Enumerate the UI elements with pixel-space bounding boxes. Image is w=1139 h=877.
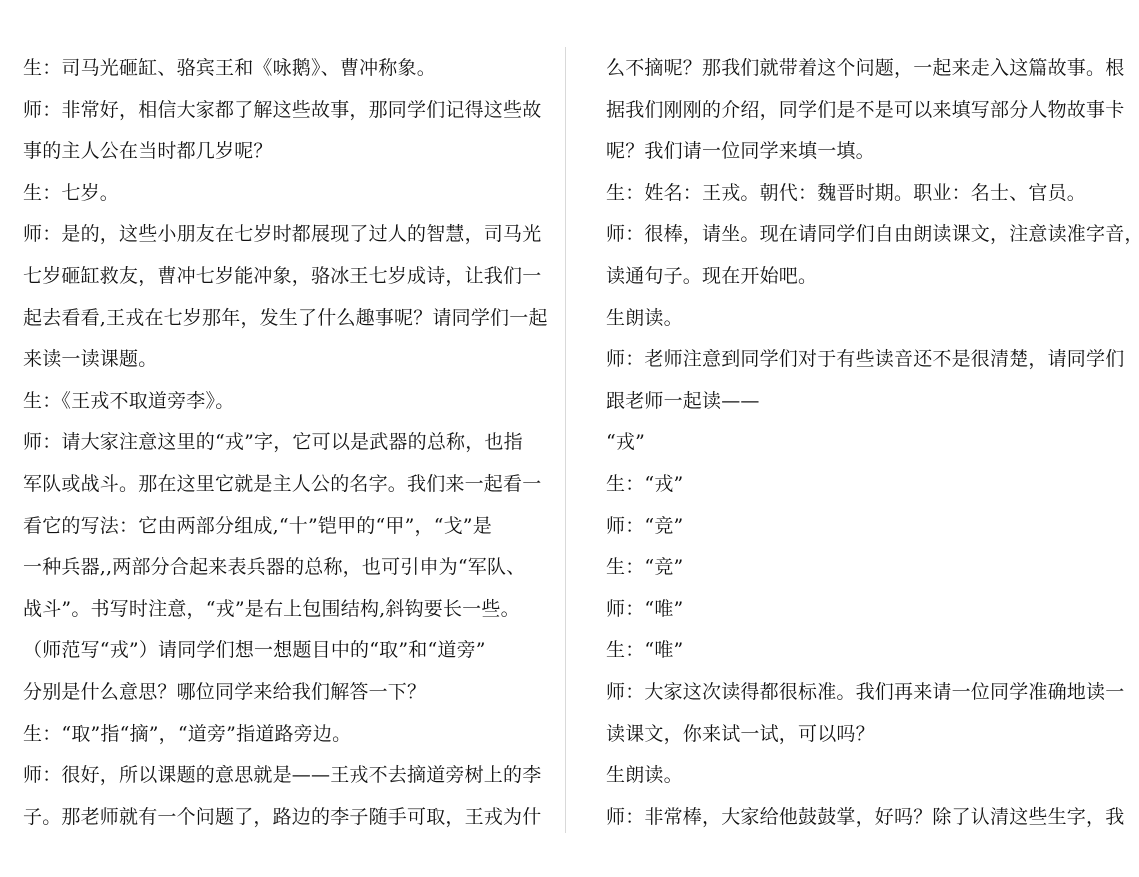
text-line: 起去看看,王戎在七岁那年，发生了什么趣事呢？请同学们一起 [23, 298, 533, 340]
text-line: 生：“戎” [606, 464, 1116, 506]
text-line: 师：是的，这些小朋友在七岁时都展现了过人的智慧，司马光 [23, 214, 533, 256]
text-line: 生朗读。 [606, 298, 1116, 340]
text-line: 呢？我们请一位同学来填一填。 [606, 131, 1116, 173]
text-line: 师：请大家注意这里的“戎”字，它可以是武器的总称，也指 [23, 422, 533, 464]
text-line: 师：大家这次读得都很标准。我们再来请一位同学准确地读一 [606, 672, 1116, 714]
text-line: 子。那老师就有一个问题了，路边的李子随手可取，王戎为什 [23, 797, 533, 839]
text-line: 读通句子。现在开始吧。 [606, 256, 1116, 298]
text-line: 师：“唯” [606, 589, 1116, 631]
text-line: 生：《王戎不取道旁李》。 [23, 381, 533, 423]
text-line: 生朗读。 [606, 755, 1116, 797]
text-line: （师范写“戎”）请同学们想一想题目中的“取”和“道旁” [23, 630, 533, 672]
text-line: 来读一读课题。 [23, 339, 533, 381]
text-line: 师：很好，所以课题的意思就是——王戎不去摘道旁树上的李 [23, 755, 533, 797]
text-line: 师：老师注意到同学们对于有些读音还不是很清楚，请同学们 [606, 339, 1116, 381]
text-line: 分别是什么意思？哪位同学来给我们解答一下？ [23, 672, 533, 714]
right-column: 么不摘呢？那我们就带着这个问题，一起来走入这篇故事。根 据我们刚刚的介绍，同学们… [606, 48, 1116, 838]
column-divider [565, 47, 566, 833]
text-line: 七岁砸缸救友，曹冲七岁能冲象，骆冰王七岁成诗，让我们一 [23, 256, 533, 298]
text-line: 师：非常棒，大家给他鼓鼓掌，好吗？除了认清这些生字，我 [606, 797, 1116, 839]
text-line: 生：“取”指“摘”，“道旁”指道路旁边。 [23, 714, 533, 756]
text-line: 师：很棒，请坐。现在请同学们自由朗读课文，注意读准字音， [606, 214, 1116, 256]
text-line: “戎” [606, 422, 1116, 464]
text-line: 看它的写法：它由两部分组成,“十”铠甲的“甲”，“戈”是 [23, 506, 533, 548]
text-line: 生：“竞” [606, 547, 1116, 589]
text-line: 军队或战斗。那在这里它就是主人公的名字。我们来一起看一 [23, 464, 533, 506]
text-line: 生：七岁。 [23, 173, 533, 215]
text-line: 战斗”。书写时注意，“戎”是右上包围结构,斜钩要长一些。 [23, 589, 533, 631]
text-line: 一种兵器,,两部分合起来表兵器的总称，也可引申为“军队、 [23, 547, 533, 589]
text-line: 事的主人公在当时都几岁呢？ [23, 131, 533, 173]
text-line: 么不摘呢？那我们就带着这个问题，一起来走入这篇故事。根 [606, 48, 1116, 90]
text-line: 生：姓名：王戎。朝代：魏晋时期。职业：名士、官员。 [606, 173, 1116, 215]
text-line: 跟老师一起读—— [606, 381, 1116, 423]
left-column: 生：司马光砸缸、骆宾王和《咏鹅》、曹冲称象。 师：非常好，相信大家都了解这些故事… [23, 48, 533, 838]
text-line: 生：“唯” [606, 630, 1116, 672]
text-line: 师：“竞” [606, 506, 1116, 548]
text-line: 读课文，你来试一试，可以吗？ [606, 714, 1116, 756]
document-page: 生：司马光砸缸、骆宾王和《咏鹅》、曹冲称象。 师：非常好，相信大家都了解这些故事… [0, 0, 1139, 877]
text-line: 生：司马光砸缸、骆宾王和《咏鹅》、曹冲称象。 [23, 48, 533, 90]
text-line: 师：非常好，相信大家都了解这些故事，那同学们记得这些故 [23, 90, 533, 132]
text-line: 据我们刚刚的介绍，同学们是不是可以来填写部分人物故事卡 [606, 90, 1116, 132]
